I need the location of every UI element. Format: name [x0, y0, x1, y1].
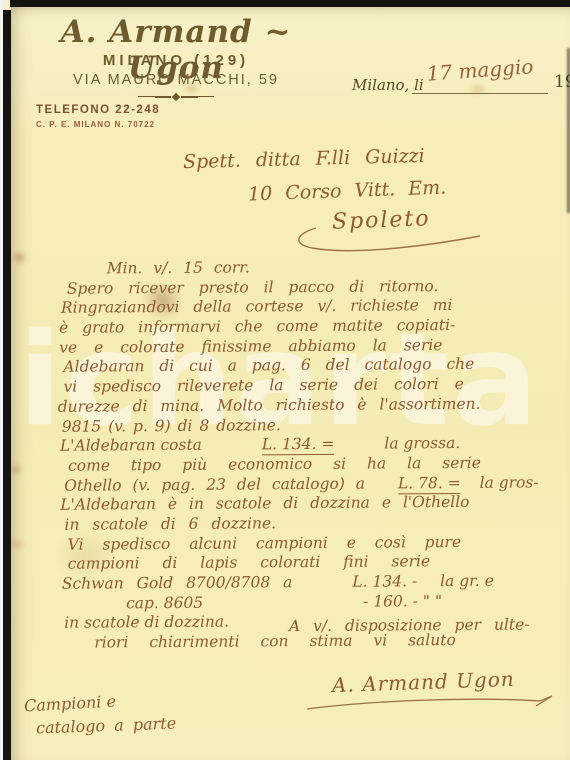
- recipient-line-1: Spett. ditta F.lli Guizzi: [183, 145, 425, 173]
- othello-price: L. 78. =: [398, 474, 461, 494]
- postscript-line-2: catalogo a parte: [36, 714, 177, 738]
- street-line: VIA MAURO MACCHI, 59: [38, 72, 314, 88]
- date-underline: [412, 93, 548, 94]
- aldebaran-price-text: L'Aldebaran costa: [60, 436, 202, 455]
- date-place-label: Milano, li: [352, 76, 424, 94]
- schwan-gold-price-unit: la gr. e: [440, 572, 494, 590]
- dateline: Milano, li 17 maggio 192 9: [352, 60, 567, 100]
- stain: [12, 250, 27, 265]
- city-line: MILANO (129): [38, 52, 314, 69]
- signature: A. Armand Ugon: [332, 667, 515, 697]
- body-line-12: Othello (v. pag. 23 del catalogo) a L. 7…: [64, 473, 565, 496]
- body-line-19: in scatole di dozzina. A v/. disposizion…: [56, 611, 566, 634]
- cap-article: cap. 8605: [126, 593, 203, 612]
- scan-edge-left-black: [3, 10, 11, 760]
- closing-start: A v/. disposizione per ulte-: [289, 616, 530, 636]
- othello-price-text: Othello (v. pag. 23 del catalogo) a: [64, 474, 365, 494]
- packaging-note: in scatole di dozzina.: [64, 613, 229, 632]
- telephone-line: TELEFONO 22-248: [36, 104, 160, 116]
- othello-price-unit: la gros-: [480, 473, 539, 491]
- recipient-line-2: 10 Corso Vitt. Em.: [248, 177, 447, 206]
- scan-edge-top-black: [10, 0, 570, 7]
- body-line-17: Schwan Gold 8700/8708 a L. 134. - la gr.…: [62, 571, 566, 594]
- schwan-gold-text: Schwan Gold 8700/8708 a: [62, 573, 293, 593]
- schwan-gold-price: L. 134. -: [352, 572, 417, 590]
- date-handwritten: 17 maggio: [413, 53, 546, 86]
- postal-account-line: C. P. E. MILANO N. 70722: [36, 120, 155, 129]
- aldebaran-price: L. 134. =: [262, 435, 335, 456]
- scanned-letter-page: icharta A. Armand ~ Ugon MILANO (129) VI…: [0, 0, 570, 760]
- postscript-line-1: Campioni e: [24, 692, 117, 716]
- divider-ornament: [138, 93, 214, 100]
- letter-body: Min. v/. 15 corr. Spero ricever presto i…: [54, 256, 567, 653]
- stain: [10, 463, 23, 476]
- recipient-line-3: Spoleto: [332, 206, 431, 234]
- aldebaran-price-unit: la grossa.: [384, 434, 460, 453]
- cap-article-price: - 160. - " ": [363, 592, 442, 611]
